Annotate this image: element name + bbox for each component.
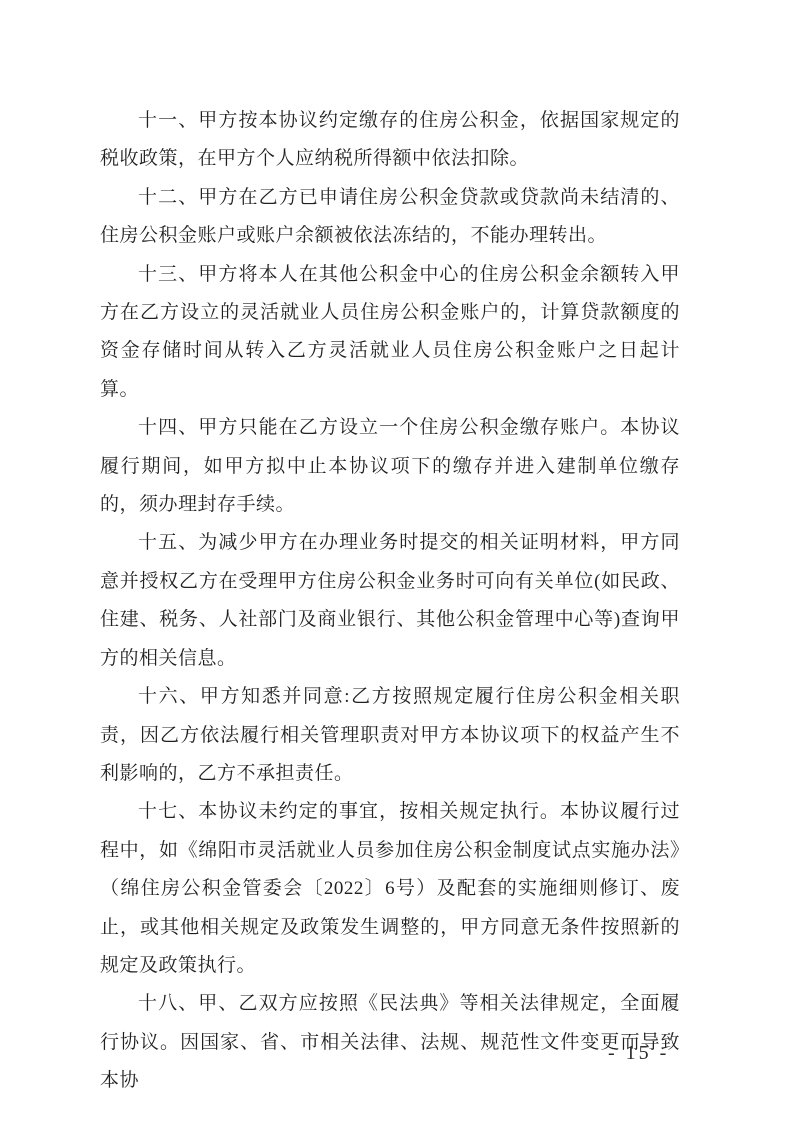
clause-paragraph-16: 十六、甲方知悉并同意:乙方按照规定履行住房公积金相关职责，因乙方依法履行相关管理… [100,678,680,793]
clause-paragraph-17: 十七、本协议未约定的事宜，按相关规定执行。本协议履行过程中，如《绵阳市灵活就业人… [100,793,680,985]
clause-paragraph-11: 十一、甲方按本协议约定缴存的住房公积金，依据国家规定的税收政策，在甲方个人应纳税… [100,102,680,179]
clause-paragraph-15: 十五、为减少甲方在办理业务时提交的相关证明材料，甲方同意并授权乙方在受理甲方住房… [100,524,680,678]
page-number: - 15 - [608,1042,669,1065]
agreement-clauses: 十一、甲方按本协议约定缴存的住房公积金，依据国家规定的税收政策，在甲方个人应纳税… [100,102,680,1101]
clause-paragraph-18: 十八、甲、乙双方应按照《民法典》等相关法律规定，全面履行协议。因国家、省、市相关… [100,985,680,1100]
document-page: 十一、甲方按本协议约定缴存的住房公积金，依据国家规定的税收政策，在甲方个人应纳税… [0,0,793,1122]
clause-paragraph-12: 十二、甲方在乙方已申请住房公积金贷款或贷款尚未结清的、住房公积金账户或账户余额被… [100,179,680,256]
clause-paragraph-13: 十三、甲方将本人在其他公积金中心的住房公积金余额转入甲方在乙方设立的灵活就业人员… [100,256,680,410]
clause-paragraph-14: 十四、甲方只能在乙方设立一个住房公积金缴存账户。本协议履行期间，如甲方拟中止本协… [100,409,680,524]
